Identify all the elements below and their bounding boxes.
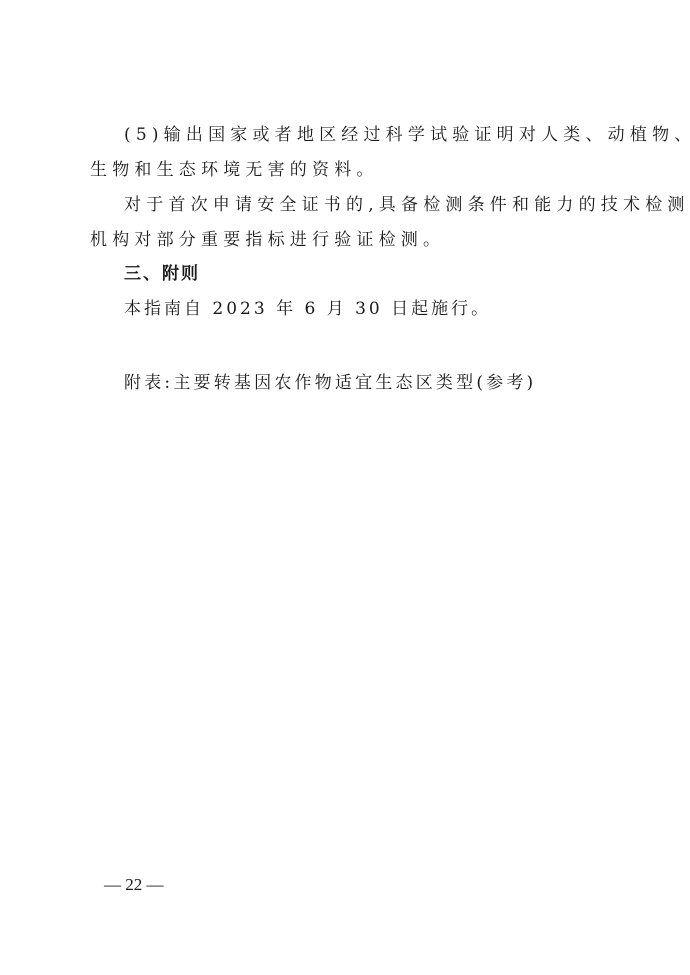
paragraph-2-line-1: 对于首次申请安全证书的,具备检测条件和能力的技术检测 xyxy=(124,194,636,216)
paragraph-1-line-2: 生物和生态环境无害的资料。 xyxy=(90,159,602,181)
page-number: — 22 — xyxy=(104,874,164,896)
paragraph-1-line-1: (5)输出国家或者地区经过科学试验证明对人类、动植物、微 xyxy=(124,124,636,146)
section-heading: 三、附则 xyxy=(124,263,636,285)
effective-date-text: 本指南自 2023 年 6 月 30 日起施行。 xyxy=(124,298,636,320)
paragraph-2-line-2: 机构对部分重要指标进行验证检测。 xyxy=(90,229,602,251)
attachment-text: 附表:主要转基因农作物适宜生态区类型(参考) xyxy=(124,372,636,394)
